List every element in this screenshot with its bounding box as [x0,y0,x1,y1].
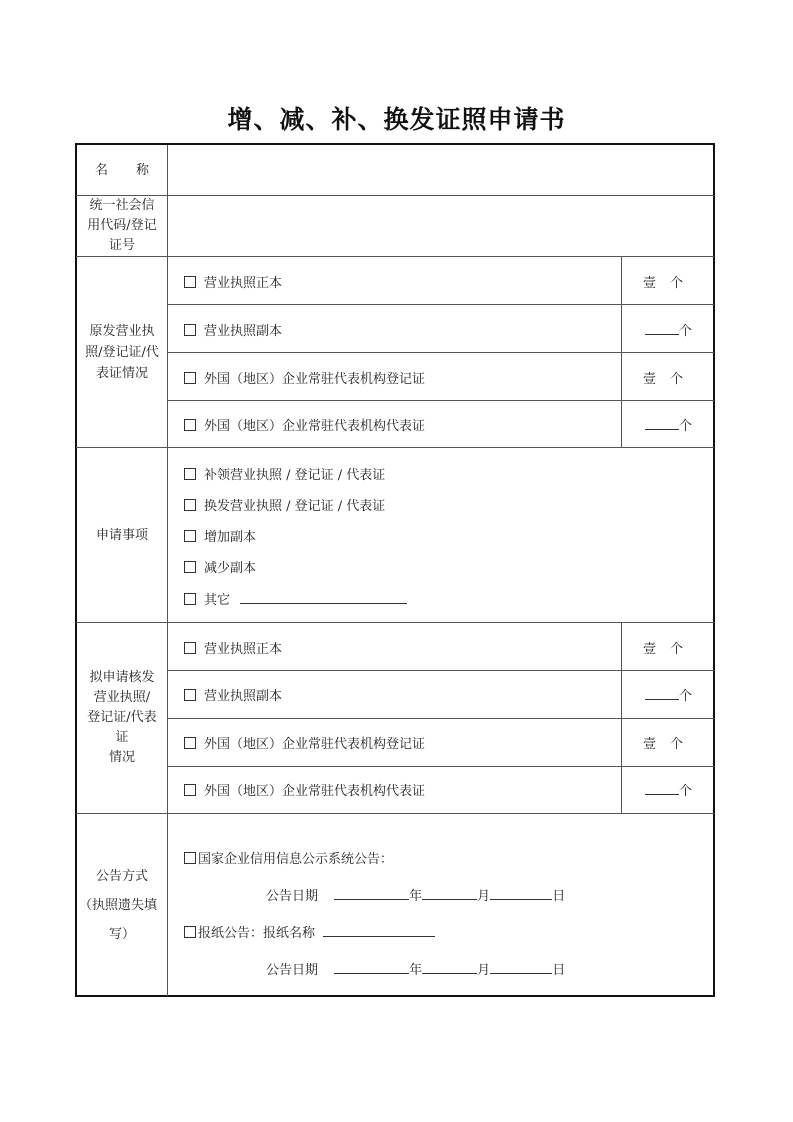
row-divider [76,622,714,623]
original-count-2: 壹个 [622,368,698,387]
name-label: 名称 [77,145,167,195]
item-divider [168,400,714,401]
count-blank-input[interactable] [645,417,679,430]
checkbox-icon[interactable] [184,324,196,336]
newspaper-name-input[interactable] [323,924,435,937]
proposed-count-1: 个 [622,685,692,704]
application-item-other[interactable]: 其它 [184,589,407,608]
name-input[interactable] [168,145,714,195]
original-item-business-license-copy[interactable]: 营业执照副本 [184,320,282,339]
item-divider [168,766,714,767]
checkbox-icon[interactable] [184,468,196,480]
item-divider [168,304,714,305]
checkbox-icon[interactable] [184,926,196,938]
original-count-0: 壹个 [622,272,698,291]
count-blank-input[interactable] [645,782,679,795]
month-input[interactable] [422,887,477,900]
proposed-count-2: 壹个 [622,733,698,752]
row-divider [76,447,714,448]
announcement-newspaper-option[interactable]: 报纸公告：报纸名称 [184,922,435,941]
original-item-rep-card[interactable]: 外国（地区）企业常驻代表机构代表证 [184,415,425,434]
original-item-business-license-original[interactable]: 营业执照正本 [184,272,282,291]
row-divider [76,256,714,257]
checkbox-icon[interactable] [184,689,196,701]
announcement-method-label: 公告方式 （执照遗失填 写） [77,814,167,996]
checkbox-icon[interactable] [184,593,196,605]
credit-code-input[interactable] [168,196,714,256]
proposed-license-label: 拟申请核发 营业执照/ 登记证/代表 证 情况 [77,623,167,813]
application-item-reissue[interactable]: 补领营业执照 / 登记证 / 代表证 [184,464,385,483]
original-item-rep-office-registration[interactable]: 外国（地区）企业常驻代表机构登记证 [184,368,425,387]
checkbox-icon[interactable] [184,499,196,511]
item-divider [168,718,714,719]
credit-code-label: 统一社会信 用代码/登记 证号 [77,196,167,256]
count-blank-input[interactable] [645,322,679,335]
original-count-1: 个 [622,320,692,339]
announcement-newspaper-date: 公告日期 年月日 [266,959,565,978]
proposed-item-rep-card[interactable]: 外国（地区）企业常驻代表机构代表证 [184,780,425,799]
year-input[interactable] [334,961,409,974]
count-blank-input[interactable] [645,687,679,700]
checkbox-icon[interactable] [184,530,196,542]
checkbox-icon[interactable] [184,372,196,384]
checkbox-icon[interactable] [184,419,196,431]
checkbox-icon[interactable] [184,737,196,749]
year-input[interactable] [334,887,409,900]
checkbox-icon[interactable] [184,561,196,573]
column-divider [167,145,168,996]
checkbox-icon[interactable] [184,276,196,288]
checkbox-icon[interactable] [184,784,196,796]
item-divider [168,352,714,353]
original-count-3: 个 [622,415,692,434]
month-input[interactable] [422,961,477,974]
application-form-table [75,143,715,997]
other-input[interactable] [240,591,407,604]
proposed-count-3: 个 [622,780,692,799]
proposed-item-business-license-copy[interactable]: 营业执照副本 [184,685,282,704]
checkbox-icon[interactable] [184,852,196,864]
announcement-system-date: 公告日期 年月日 [266,885,565,904]
page-title: 增、减、补、换发证照申请书 [0,100,793,136]
announcement-system-option[interactable]: 国家企业信用信息公示系统公告： [184,848,393,867]
original-license-label: 原发营业执 照/登记证/代 表证情况 [77,257,167,447]
application-item-replace[interactable]: 换发营业执照 / 登记证 / 代表证 [184,495,385,514]
checkbox-icon[interactable] [184,642,196,654]
proposed-item-rep-office-registration[interactable]: 外国（地区）企业常驻代表机构登记证 [184,733,425,752]
application-item-add-copy[interactable]: 增加副本 [184,526,256,545]
day-input[interactable] [490,887,552,900]
row-divider [76,813,714,814]
application-item-reduce-copy[interactable]: 减少副本 [184,557,256,576]
proposed-item-business-license-original[interactable]: 营业执照正本 [184,638,282,657]
proposed-count-0: 壹个 [622,638,698,657]
application-items-label: 申请事项 [77,448,167,622]
day-input[interactable] [490,961,552,974]
item-divider [168,670,714,671]
